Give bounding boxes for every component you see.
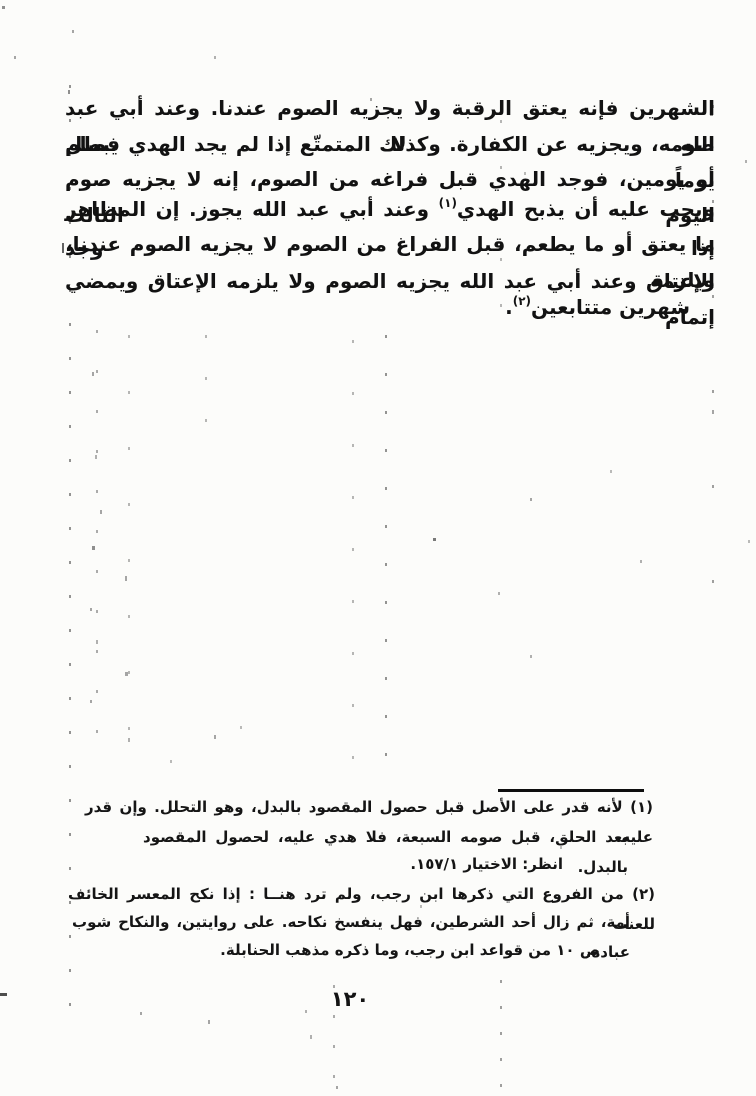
- scan-speck: [2, 6, 5, 9]
- scan-speck: [712, 410, 714, 414]
- scan-speck: [745, 160, 747, 163]
- scan-speck: [748, 540, 750, 543]
- scan-speck: [170, 760, 172, 763]
- footnote-ref-1: (١): [439, 196, 457, 210]
- body-line: صومه، ويجزيه عن الكفارة. وكذلك المتمتّع …: [65, 126, 715, 162]
- scan-speck: [92, 372, 94, 376]
- scan-speck: [140, 1012, 142, 1015]
- footnote-1-line: بعد الحلق، قبل صومه السبعة، فلا هدي عليه…: [143, 822, 628, 852]
- scan-speck: [62, 243, 64, 253]
- scan-speck: [14, 56, 16, 59]
- body-line: ما يعتق أو ما يطعم، قبل الفراغ من الصوم …: [65, 226, 715, 262]
- scan-speck: [128, 738, 130, 742]
- scan-speck: [90, 608, 92, 611]
- footnote-1-line: (١) لأنه قدر على الأصل قبل حصول المقصود …: [85, 792, 653, 822]
- footnote-2-line: أمة، ثم زال أحد الشرطين، فهل ينفسخ نكاحه…: [72, 907, 630, 937]
- footnote-marker-2: (٢): [632, 885, 655, 903]
- scan-noise: [128, 335, 130, 755]
- footnote-2-line: (٢) من الفروع التي ذكرها ابن رجب، ولم تر…: [68, 879, 655, 909]
- scan-speck: [214, 735, 216, 739]
- scan-speck: [95, 455, 97, 459]
- body-line-text: ويجب عليه أن يذبح الهدي: [457, 197, 715, 221]
- scan-speck: [90, 700, 92, 703]
- page-number: ١٢٠: [300, 986, 400, 1012]
- scan-speck: [498, 592, 500, 595]
- scan-speck: [125, 576, 127, 581]
- scan-speck: [72, 30, 74, 33]
- scan-speck: [610, 470, 612, 473]
- body-line: الشهرين فإنه يعتق الرقبة ولا يجزيه الصوم…: [65, 90, 715, 126]
- scan-speck: [208, 1020, 210, 1024]
- scan-speck: [530, 498, 532, 501]
- body-line: ويجب عليه أن يذبح الهدي(١) وعند أبي عبد …: [65, 191, 715, 227]
- footnote-1-line: انظر: الاختيار ١٥٧/١.: [410, 849, 563, 879]
- scan-speck: [310, 1035, 312, 1039]
- body-line-last: شهرين متتابعين(٢).: [505, 289, 690, 325]
- scan-noise: [352, 340, 354, 770]
- scan-speck: [96, 640, 98, 644]
- scan-speck: [433, 538, 436, 541]
- scanned-book-page: الشهرين فإنه يعتق الرقبة ولا يجزيه الصوم…: [0, 0, 756, 1096]
- scan-speck: [100, 510, 102, 514]
- scan-speck: [336, 1086, 338, 1089]
- scan-speck: [640, 560, 642, 563]
- scan-noise: [96, 330, 98, 760]
- scan-speck: [125, 672, 128, 676]
- scan-noise: [205, 335, 207, 445]
- scan-speck: [92, 546, 95, 550]
- footnote-ref-2: (٢): [513, 294, 531, 308]
- scan-noise: [385, 335, 387, 775]
- scan-speck: [240, 726, 242, 729]
- scan-speck: [214, 56, 216, 59]
- body-line-text: شهرين متتابعين: [531, 295, 690, 319]
- body-line-text: .: [505, 295, 513, 319]
- scan-speck: [0, 993, 7, 996]
- footnote-marker-1: (١): [630, 798, 653, 816]
- scan-speck: [530, 655, 532, 658]
- scan-noise: [500, 980, 502, 1096]
- footnote-2-line: ص ١٠ من قواعد ابن رجب، وما ذكره مذهب الح…: [220, 935, 600, 965]
